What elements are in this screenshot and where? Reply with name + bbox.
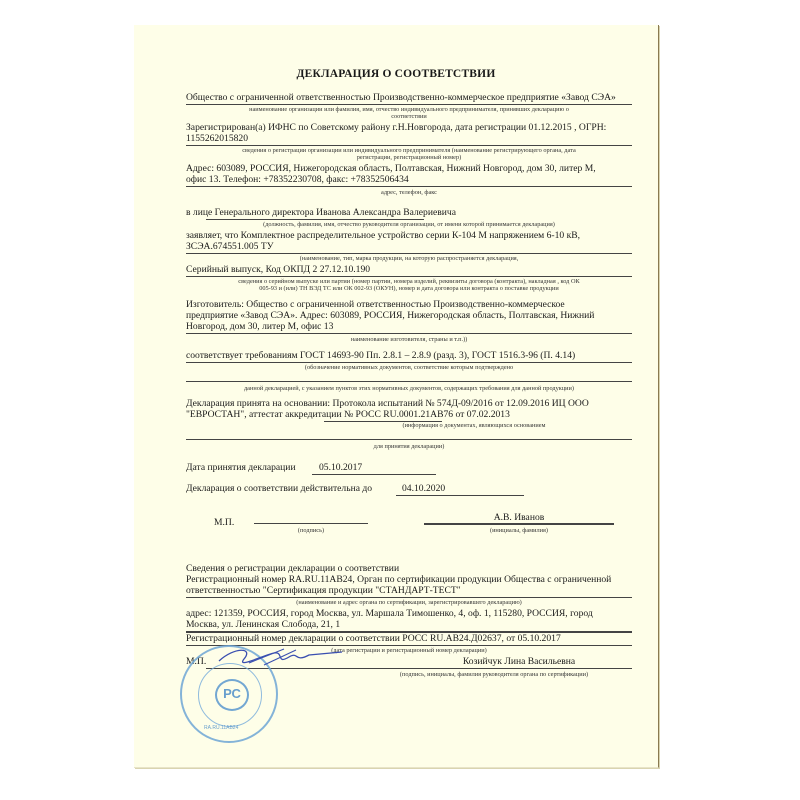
registration-caption-2: регистрации, регистрационный номер) xyxy=(186,154,632,162)
valid-until-label: Декларация о соответствии действительна … xyxy=(186,483,372,495)
compliance-caption: (обозначение нормативных документов, соо… xyxy=(186,364,632,372)
ogrn-number: 1155262015820 xyxy=(186,133,248,145)
divider xyxy=(186,186,632,187)
product-caption: (наименование, тип, марка продукции, на … xyxy=(186,255,632,263)
manufacturer-line-3: Новгород, дом 30, литер М, офис 13 xyxy=(186,321,333,333)
represented-prefix: в лице xyxy=(186,207,212,218)
cert-body-caption: (наименование и адрес органа по сертифик… xyxy=(186,599,632,607)
divider xyxy=(186,333,632,334)
address-caption: адрес, телефон, факс xyxy=(186,189,632,197)
cert-address-line-2: Москва, ул. Ленинская Слобода, 21, 1 xyxy=(186,619,340,631)
divider xyxy=(186,104,632,105)
cert-head-name: Козийчук Лина Васильевна xyxy=(424,656,614,668)
basis-prefix: "ЕВРОСТАН", аттестат аккредитации xyxy=(186,409,342,420)
acceptance-date: 05.10.2017 xyxy=(319,462,362,474)
divider xyxy=(396,495,524,496)
document-title: ДЕКЛАРАЦИЯ О СООТВЕТСТВИИ xyxy=(134,68,658,80)
represented-by: в лице Генерального директора Иванова Ал… xyxy=(186,207,456,219)
signatory-caption: (инициалы, фамилия) xyxy=(424,527,614,535)
address-line-1: Адрес: 603089, РОССИЯ, Нижегородская обл… xyxy=(186,163,596,175)
signature-caption: (подпись) xyxy=(254,527,368,535)
cert-head-caption: (подпись, инициалы, фамилия руководителя… xyxy=(374,671,614,679)
divider xyxy=(206,219,424,220)
registration-info-title: Сведения о регистрации декларации о соот… xyxy=(186,563,399,575)
product-spec: ЗСЭА.674551.005 ТУ xyxy=(186,241,274,253)
organization-name: Общество с ограниченной ответственностью… xyxy=(186,92,616,104)
signature-line xyxy=(254,523,368,524)
declaration-page: ДЕКЛАРАЦИЯ О СООТВЕТСТВИИ Общество с огр… xyxy=(134,25,659,768)
basis-line-2: "ЕВРОСТАН", аттестат аккредитации № РОСС… xyxy=(186,409,510,421)
serial-info: Серийный выпуск, Код ОКПД 2 27.12.10.190 xyxy=(186,264,370,276)
divider xyxy=(186,276,632,277)
divider xyxy=(186,597,632,598)
manufacturer-caption: наименование изготовителя, страны и т.п.… xyxy=(186,336,632,344)
divider xyxy=(424,523,614,525)
divider xyxy=(312,474,436,475)
registration-info: Зарегистрирован(а) ИФНС по Советскому ра… xyxy=(186,122,606,134)
manufacturer-line-1: Изготовитель: Общество с ограниченной от… xyxy=(186,299,565,311)
rst-logo-icon: РС xyxy=(215,679,249,711)
signatory-name: А.В. Иванов xyxy=(424,512,614,524)
accreditation-number: № РОСС RU.0001.21АВ76 от 07.02.2013 xyxy=(344,409,510,420)
manufacturer-line-2: предприятие «Завод СЭА». Адрес: 603089, … xyxy=(186,310,594,322)
serial-caption-2: 005-93 и (или) ТН ВЭД ТС или ОК 002-93 (… xyxy=(186,285,632,293)
basis-caption-2: для принятия декларации) xyxy=(186,443,632,451)
stamp-text: RA.RU.11АВ24 xyxy=(204,725,238,731)
product-declaration: заявляет, что Комплектное распределитель… xyxy=(186,230,580,242)
cert-address-line-1: адрес: 121359, РОССИЯ, город Москва, ул.… xyxy=(186,608,593,620)
divider xyxy=(186,381,632,382)
valid-until-date: 04.10.2020 xyxy=(402,483,445,495)
cert-body-line-2: ответственностью "Сертификация продукции… xyxy=(186,585,461,597)
cert-body-line-1: Регистрационный номер RA.RU.11АВ24, Орга… xyxy=(186,574,611,586)
divider xyxy=(186,439,632,440)
director-name: Генерального директора Иванова Александр… xyxy=(215,207,456,218)
divider xyxy=(186,362,632,363)
seal-label: М.П. xyxy=(214,517,234,529)
acceptance-date-label: Дата принятия декларации xyxy=(186,462,296,474)
handwritten-signature-icon xyxy=(214,643,344,673)
basis-line-1: Декларация принята на основании: Протоко… xyxy=(186,398,589,410)
divider xyxy=(186,145,632,146)
address-line-2: офис 13. Телефон: +78352230708, факс: +7… xyxy=(186,174,409,186)
organization-caption-2: соответствии xyxy=(186,113,632,121)
basis-caption: (информация о документах, являющихся осн… xyxy=(374,422,574,430)
compliance-standards: соответствует требованиям ГОСТ 14693-90 … xyxy=(186,350,575,362)
represented-caption: (должность, фамилия, имя, отчество руков… xyxy=(186,221,632,229)
compliance-caption-2: данной декларацией, с указанием пунктов … xyxy=(186,385,632,393)
divider xyxy=(186,253,632,254)
